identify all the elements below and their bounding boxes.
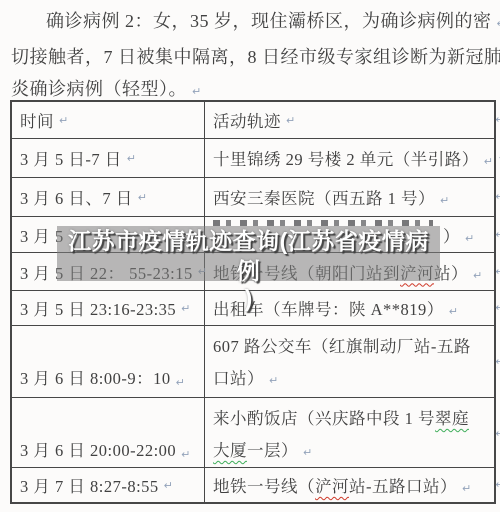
- return-mark: ↵: [497, 17, 500, 30]
- return-mark: ↵: [164, 479, 174, 492]
- paragraph-text: 切接触者，7 日被集中隔离，8 日经市级专家组诊断为新冠肺: [11, 47, 500, 67]
- row-end-mark: ↵: [495, 478, 500, 491]
- activity-cell: 西安三秦医院（西五路 1 号）↵↵: [205, 178, 494, 216]
- time-cell: 3 月 6 日、7 日↵: [12, 178, 205, 216]
- return-mark: ↵: [484, 155, 494, 168]
- time-text: 3 月 6 日、7 日: [20, 185, 133, 209]
- paragraph-line: 确诊病例 2：女，35 岁，现住灞桥区，为确诊病例的密↵: [11, 5, 497, 41]
- header-activity-label: 活动轨迹: [213, 108, 281, 132]
- time-cell: 3 月 7 日 8:27-8:55↵: [12, 468, 205, 502]
- table-header-row: 时间↵ 活动轨迹↵ ↵: [12, 102, 494, 138]
- table-row: 3 月 6 日、7 日↵西安三秦医院（西五路 1 号）↵↵: [12, 177, 494, 216]
- return-mark: ↵: [138, 191, 148, 204]
- return-mark: ↵: [462, 482, 472, 495]
- row-end-mark: ↵: [495, 355, 500, 368]
- overlay-title-line1: 江苏市疫情轨迹查询(江苏省疫情病例: [57, 226, 440, 286]
- time-cell: 3 月 6 日 8:00-9：10↵: [12, 326, 205, 397]
- return-mark: ↵: [59, 114, 69, 127]
- paragraph-text: 确诊病例 2：女，35 岁，现住灞桥区，为确诊病例的密: [46, 11, 492, 31]
- row-end-mark: ↵: [495, 190, 500, 203]
- activity-text: 十里锦绣 29 号楼 2 单元（半引路）↵: [213, 146, 493, 170]
- table-row: 3 月 7 日 8:27-8:55↵地铁一号线（浐河站-五路口站）↵↵: [12, 467, 494, 502]
- return-mark: ↵: [465, 232, 475, 245]
- return-mark: ↵: [269, 374, 279, 387]
- time-text: 3 月 6 日 8:00-9：10: [20, 365, 171, 389]
- time-cell: 3 月 5 日-7 日↵: [12, 139, 205, 177]
- activity-text: 西安三秦医院（西五路 1 号）↵: [213, 185, 450, 209]
- activity-text: 来小酌饭店（兴庆路中段 1 号翠庭: [213, 403, 490, 435]
- overlay-title-banner: 江苏市疫情轨迹查询(江苏省疫情病例 ): [57, 226, 440, 281]
- time-text: 3 月 5 日-7 日: [20, 146, 122, 170]
- activity-cell: 来小酌饭店（兴庆路中段 1 号翠庭大厦一层）↵↵: [205, 398, 494, 469]
- row-end-mark: ↵: [495, 113, 500, 126]
- table-body: 3 月 5 日-7 日↵十里锦绣 29 号楼 2 单元（半引路）↵↵3 月 6 …: [12, 138, 494, 502]
- overlay-title-line2: ): [57, 286, 440, 310]
- activity-cell: 十里锦绣 29 号楼 2 单元（半引路）↵↵: [205, 139, 497, 177]
- row-end-mark: ↵: [495, 265, 500, 278]
- return-mark: ↵: [473, 269, 483, 282]
- return-mark: ↵: [440, 194, 450, 207]
- activity-text: 口站）↵: [213, 363, 490, 397]
- header-time-label: 时间: [20, 108, 54, 132]
- table-row: 3 月 5 日-7 日↵十里锦绣 29 号楼 2 单元（半引路）↵↵: [12, 138, 494, 177]
- activity-cell: 607 路公交车（红旗制动厂站-五路口站）↵↵: [205, 326, 494, 397]
- time-text: 3 月 7 日 8:27-8:55: [20, 473, 159, 497]
- table-row: 3 月 6 日 20:00-22:00↵来小酌饭店（兴庆路中段 1 号翠庭大厦一…: [12, 397, 494, 467]
- document-page: 确诊病例 2：女，35 岁，现住灞桥区，为确诊病例的密↵ 切接触者，7 日被集中…: [0, 0, 500, 512]
- header-activity-cell: 活动轨迹↵ ↵: [205, 102, 494, 138]
- return-mark: ↵: [127, 152, 137, 165]
- return-mark: ↵: [303, 446, 313, 459]
- header-time-cell: 时间↵: [12, 102, 205, 138]
- activity-cell: 地铁一号线（浐河站-五路口站）↵↵: [205, 468, 494, 502]
- activity-text: 地铁一号线（浐河站-五路口站）↵: [213, 473, 472, 497]
- return-mark: ↵: [176, 376, 186, 389]
- row-end-mark: ↵: [495, 301, 500, 314]
- row-end-mark: ↵: [495, 427, 500, 440]
- activity-text: 大厦一层）↵: [213, 435, 490, 469]
- return-mark: ↵: [181, 448, 191, 461]
- activity-text: 607 路公交车（红旗制动厂站-五路: [213, 331, 490, 363]
- return-mark: ↵: [286, 114, 296, 127]
- return-mark: ↵: [192, 85, 202, 98]
- case-description-paragraph: 确诊病例 2：女，35 岁，现住灞桥区，为确诊病例的密↵ 切接触者，7 日被集中…: [11, 5, 497, 109]
- table-row: 3 月 6 日 8:00-9：10↵607 路公交车（红旗制动厂站-五路口站）↵…: [12, 325, 494, 397]
- row-end-mark: ↵: [495, 228, 500, 241]
- time-text: 3 月 6 日 20:00-22:00: [20, 437, 176, 461]
- paragraph-line: 切接触者，7 日被集中隔离，8 日经市级专家组诊断为新冠肺: [11, 41, 497, 74]
- paragraph-text: 炎确诊病例（轻型）。: [11, 79, 187, 99]
- time-cell: 3 月 6 日 20:00-22:00↵: [12, 398, 205, 469]
- return-mark: ↵: [449, 305, 459, 318]
